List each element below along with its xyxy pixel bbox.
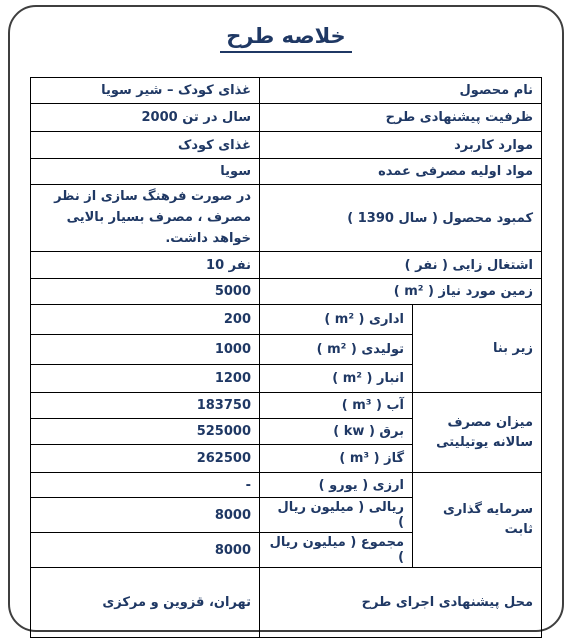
applications-label: موارد کاربرد xyxy=(260,132,542,159)
row-applications: موارد کاربرد غذای کودک xyxy=(31,132,542,159)
row-raw-materials: مواد اولیه مصرفی عمده سویا xyxy=(31,159,542,185)
product-name-label: نام محصول xyxy=(260,78,542,104)
row-proposed-capacity: ظرفیت پیشنهادی طرح 2000 تن در سال xyxy=(31,104,542,132)
row-built-area-admin: زیر بنا اداری ( m² ) 200 xyxy=(31,305,542,335)
proposed-location-value: تهران، قزوین و مرکزی xyxy=(31,568,260,638)
raw-materials-label: مواد اولیه مصرفی عمده xyxy=(260,159,542,185)
applications-value: غذای کودک xyxy=(31,132,260,159)
utility-electricity-value: 525000 xyxy=(31,419,260,445)
utility-water-value: 183750 xyxy=(31,393,260,419)
proposed-location-label: محل پیشنهادی اجرای طرح xyxy=(260,568,542,638)
project-summary-table: نام محصول غذای کودک – شیر سویا ظرفیت پیش… xyxy=(30,77,542,638)
investment-currency-value: - xyxy=(31,473,260,498)
built-area-warehouse-sublabel: انبار ( m² ) xyxy=(260,365,413,393)
land-required-label: زمین مورد نیاز ( m² ) xyxy=(260,279,542,305)
row-land-required: زمین مورد نیاز ( m² ) 5000 xyxy=(31,279,542,305)
proposed-capacity-label: ظرفیت پیشنهادی طرح xyxy=(260,104,542,132)
row-product-shortage: کمبود محصول ( سال 1390 ) در صورت فرهنگ س… xyxy=(31,185,542,252)
built-area-group-label: زیر بنا xyxy=(413,305,542,393)
investment-rial-sublabel: ریالی ( میلیون ریال ) xyxy=(260,498,413,533)
product-name-value: غذای کودک – شیر سویا xyxy=(31,78,260,104)
built-area-admin-value: 200 xyxy=(31,305,260,335)
page-title: خلاصه طرح xyxy=(220,24,351,53)
built-area-warehouse-value: 1200 xyxy=(31,365,260,393)
investment-rial-value: 8000 xyxy=(31,498,260,533)
row-investment-currency: سرمایه گذاری ثابت ارزی ( یورو ) - xyxy=(31,473,542,498)
investment-total-value: 8000 xyxy=(31,533,260,568)
proposed-capacity-value: 2000 تن در سال xyxy=(31,104,260,132)
product-shortage-label: کمبود محصول ( سال 1390 ) xyxy=(260,185,542,252)
product-shortage-value: در صورت فرهنگ سازی از نظر مصرف ، مصرف بس… xyxy=(31,185,260,252)
built-area-production-sublabel: تولیدی ( m² ) xyxy=(260,335,413,365)
land-required-value: 5000 xyxy=(31,279,260,305)
raw-materials-value: سویا xyxy=(31,159,260,185)
utility-consumption-group-label: میزان مصرف سالانه یوتیلیتی xyxy=(413,393,542,473)
job-creation-label: اشتغال زایی ( نفر ) xyxy=(260,252,542,279)
investment-total-sublabel: مجموع ( میلیون ریال ) xyxy=(260,533,413,568)
job-creation-value: 10 نفر xyxy=(31,252,260,279)
investment-currency-sublabel: ارزی ( یورو ) xyxy=(260,473,413,498)
utility-gas-value: 262500 xyxy=(31,445,260,473)
row-product-name: نام محصول غذای کودک – شیر سویا xyxy=(31,78,542,104)
built-area-production-value: 1000 xyxy=(31,335,260,365)
utility-electricity-sublabel: برق ( kw ) xyxy=(260,419,413,445)
fixed-investment-group-label: سرمایه گذاری ثابت xyxy=(413,473,542,568)
row-job-creation: اشتغال زایی ( نفر ) 10 نفر xyxy=(31,252,542,279)
built-area-admin-sublabel: اداری ( m² ) xyxy=(260,305,413,335)
utility-gas-sublabel: گاز ( m³ ) xyxy=(260,445,413,473)
row-utility-water: میزان مصرف سالانه یوتیلیتی آب ( m³ ) 183… xyxy=(31,393,542,419)
utility-water-sublabel: آب ( m³ ) xyxy=(260,393,413,419)
title-wrap: خلاصه طرح xyxy=(0,24,572,53)
row-proposed-location: محل پیشنهادی اجرای طرح تهران، قزوین و مر… xyxy=(31,568,542,638)
